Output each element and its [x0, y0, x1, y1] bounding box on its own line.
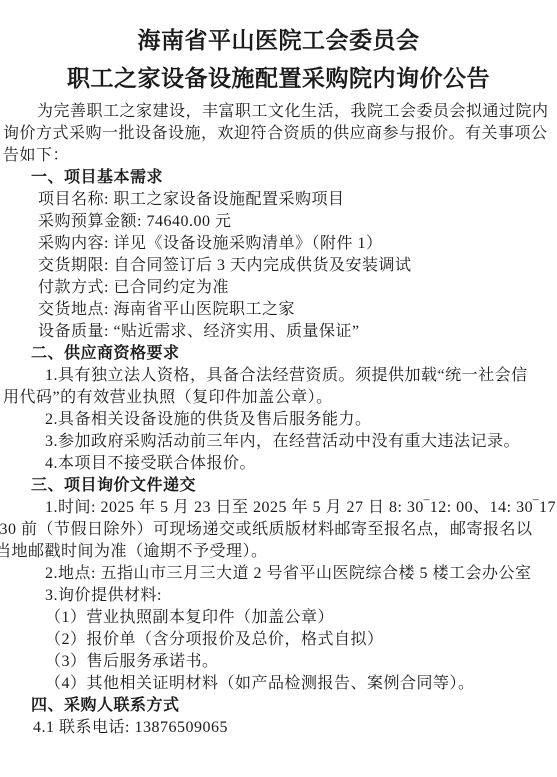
purchase-content-line: 采购内容: 详见《设备设施采购清单》（附件 1） — [3, 233, 553, 255]
section2-heading: 二、供应商资格要求 — [3, 343, 553, 365]
budget-line: 采购预算金额: 74640.00 元 — [3, 211, 553, 233]
materials-label-line: 3.询价提供材料: — [3, 585, 553, 607]
qualification-item-4: 4.本项目不接受联合体报价。 — [3, 453, 553, 475]
qualification-item-1-line2: 用代码”的有效营业执照（复印件加盖公章）。 — [3, 387, 553, 409]
section3-heading: 三、项目询价文件递交 — [3, 475, 553, 497]
document-title-block: 海南省平山医院工会委员会 职工之家设备设施配置采购院内询价公告 — [0, 0, 557, 94]
submission-time-line1: 1.时间: 2025 年 5 月 23 日至 2025 年 5 月 27 日 8… — [3, 497, 553, 519]
delivery-deadline-line: 交货期限: 自合同签订后 3 天内完成供货及安装调试 — [3, 255, 553, 277]
material-item-3: （3）售后服务承诺书。 — [3, 651, 553, 673]
project-name-line: 项目名称: 职工之家设备设施配置采购项目 — [3, 189, 553, 211]
section1-heading: 一、项目基本需求 — [3, 167, 553, 189]
material-item-2: （2）报价单（含分项报价及总价，格式自拟） — [3, 629, 553, 651]
submission-time-line2: : 30 前（节假日除外）可现场递交或纸质版材料邮寄至报名点，邮寄报名以 — [0, 519, 553, 541]
document-body: 为完善职工之家建设，丰富职工文化生活，我院工会委员会拟通过院内 询价方式采购一批… — [0, 101, 557, 739]
submission-time-line3: 当地邮戳时间为准（逾期不予受理）。 — [0, 541, 553, 563]
section4-heading: 四、采购人联系方式 — [3, 695, 553, 717]
title-announcement: 职工之家设备设施配置采购院内询价公告 — [0, 64, 557, 94]
intro-line-1: 为完善职工之家建设，丰富职工文化生活，我院工会委员会拟通过院内 — [3, 101, 553, 123]
equipment-quality-line: 设备质量: “贴近需求、经济实用、质量保证” — [3, 321, 553, 343]
qualification-item-1-line1: 1.具有独立法人资格，具备合法经营资质。须提供加载“统一社会信 — [3, 365, 553, 387]
material-item-4: （4）其他相关证明材料（如产品检测报告、案例合同等）。 — [3, 673, 553, 695]
delivery-place-line: 交货地点: 海南省平山医院职工之家 — [3, 299, 553, 321]
intro-line-3: 告如下： — [3, 145, 553, 167]
title-organization: 海南省平山医院工会委员会 — [0, 26, 557, 56]
material-item-1: （1）营业执照副本复印件（加盖公章） — [3, 607, 553, 629]
qualification-item-3: 3.参加政府采购活动前三年内，在经营活动中没有重大违法记录。 — [3, 431, 553, 453]
payment-method-line: 付款方式: 已合同约定为准 — [3, 277, 553, 299]
qualification-item-2: 2.具备相关设备设施的供货及售后服务能力。 — [3, 409, 553, 431]
intro-line-2: 询价方式采购一批设备设施，欢迎符合资质的供应商参与报价。有关事项公 — [3, 123, 553, 145]
submission-place-line: 2.地点: 五指山市三月三大道 2 号省平山医院综合楼 5 楼工会办公室 — [3, 563, 553, 585]
contact-phone-line: 4.1 联系电话: 13876509065 — [3, 717, 553, 739]
announcement-document: 海南省平山医院工会委员会 职工之家设备设施配置采购院内询价公告 为完善职工之家建… — [0, 0, 557, 777]
